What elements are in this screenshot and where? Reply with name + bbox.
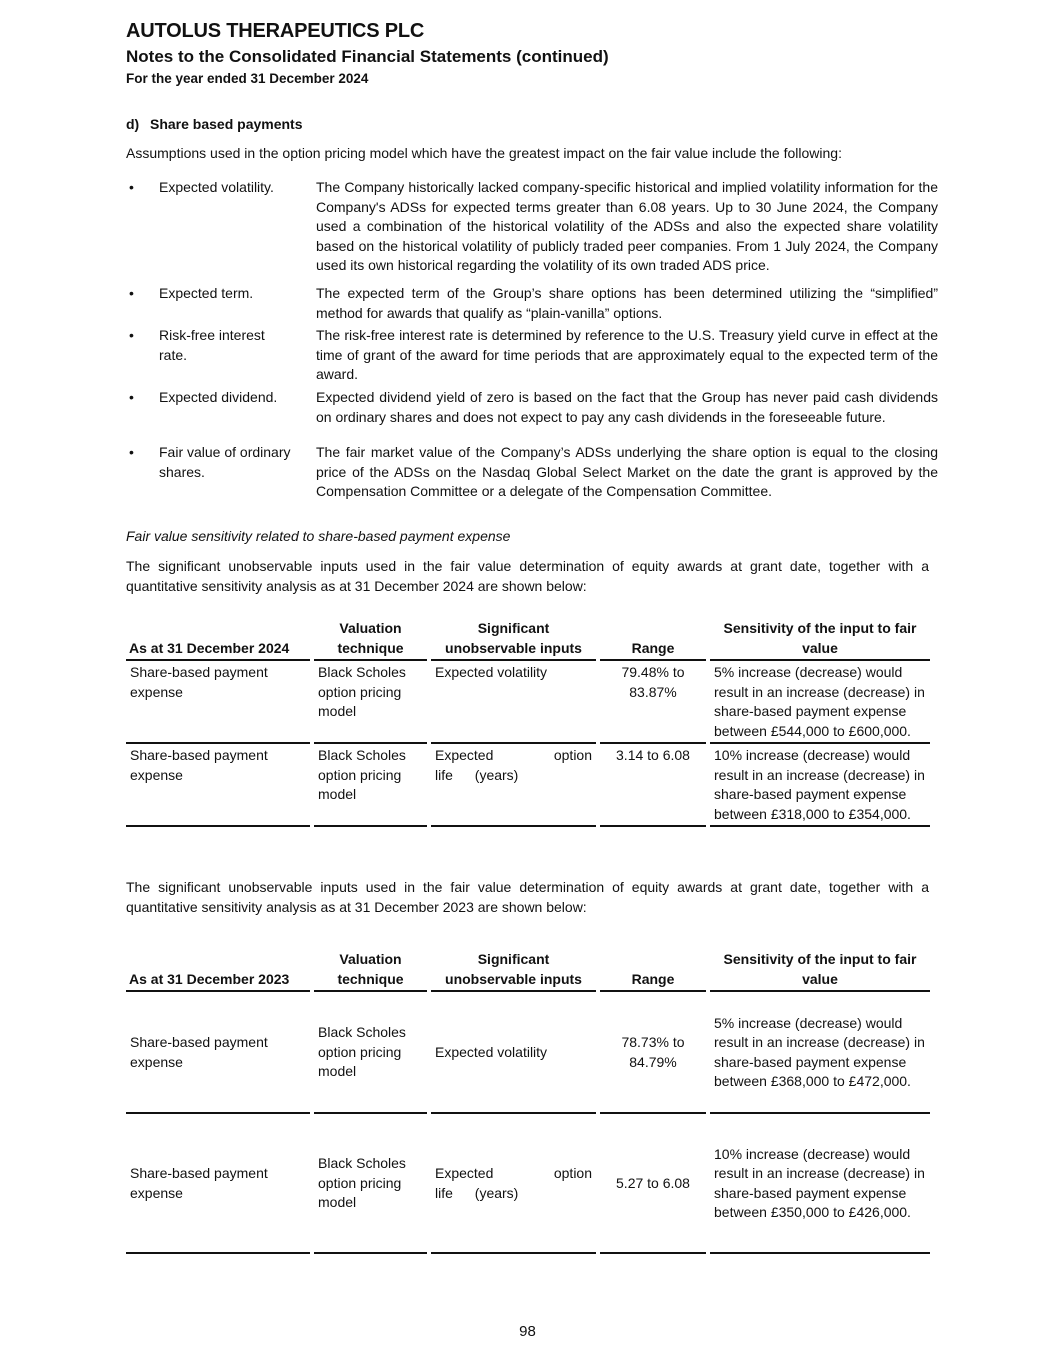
sensitivity-table-2023: As at 31 December 2023 Valuation techniq… (126, 950, 930, 1254)
page-number: 98 (0, 1323, 1055, 1340)
bullet-icon: • (129, 443, 134, 463)
assumption-item: • Fair value of ordinary shares. The fai… (126, 443, 938, 502)
section-heading: d)Share based payments (126, 116, 303, 132)
table-cell: Expected option life (years) (431, 1114, 596, 1254)
table-cell: Share-based payment expense (126, 661, 310, 744)
sensitivity-paragraph-2023: The significant unobservable inputs used… (126, 878, 929, 917)
assumption-item: • Expected term. The expected term of th… (126, 284, 938, 323)
column-header: Sensitivity of the input to fair value (710, 950, 930, 992)
table-cell: Expected volatility (431, 661, 596, 744)
table-cell: 3.14 to 6.08 (600, 744, 706, 827)
table-cell: 5.27 to 6.08 (600, 1114, 706, 1254)
column-header: Range (600, 619, 706, 661)
section-intro: Assumptions used in the option pricing m… (126, 145, 842, 161)
assumption-text: Expected dividend yield of zero is based… (316, 388, 938, 427)
table-cell: 78.73% to 84.79% (600, 992, 706, 1114)
assumption-item: • Expected dividend. Expected dividend y… (126, 388, 938, 427)
table-cell: Black Scholes option pricing model (314, 1114, 427, 1254)
section-number: d) (126, 116, 150, 132)
table-cell: Black Scholes option pricing model (314, 661, 427, 744)
table-row: Share-based payment expense Black Schole… (126, 661, 930, 744)
assumption-text: The risk-free interest rate is determine… (316, 326, 938, 385)
table-cell: Share-based payment expense (126, 992, 310, 1114)
table-cell: 10% increase (decrease) would result in … (710, 1114, 930, 1254)
assumption-text: The Company historically lacked company-… (316, 178, 938, 276)
column-header: Range (600, 950, 706, 992)
table-row: Share-based payment expense Black Schole… (126, 1114, 930, 1254)
table-cell: Black Scholes option pricing model (314, 992, 427, 1114)
table-header-row: As at 31 December 2024 Valuation techniq… (126, 619, 930, 661)
table-cell: 10% increase (decrease) would result in … (710, 744, 930, 827)
assumption-item: • Risk-free interest rate. The risk-free… (126, 326, 938, 385)
assumption-label: Expected dividend. (159, 388, 309, 408)
sensitivity-heading: Fair value sensitivity related to share-… (126, 528, 510, 544)
assumption-label: Expected volatility. (159, 178, 309, 198)
company-name: AUTOLUS THERAPEUTICS PLC (126, 20, 424, 43)
assumption-label: Fair value of ordinary shares. (159, 443, 309, 482)
column-header: Significant unobservable inputs (431, 619, 596, 661)
table-cell: Expected option life (years) (431, 744, 596, 827)
assumption-text: The fair market value of the Company’s A… (316, 443, 938, 502)
column-header: As at 31 December 2024 (126, 619, 310, 661)
bullet-icon: • (129, 388, 134, 408)
bullet-icon: • (129, 284, 134, 304)
table-cell: 79.48% to 83.87% (600, 661, 706, 744)
bullet-icon: • (129, 178, 134, 198)
bullet-icon: • (129, 326, 134, 346)
column-header: As at 31 December 2023 (126, 950, 310, 992)
period-subtitle: For the year ended 31 December 2024 (126, 71, 368, 86)
assumption-label: Risk-free interest rate. (159, 326, 289, 365)
table-cell: Expected volatility (431, 992, 596, 1114)
table-cell: Black Scholes option pricing model (314, 744, 427, 827)
table-header-row: As at 31 December 2023 Valuation techniq… (126, 950, 930, 992)
section-title: Share based payments (150, 116, 303, 132)
assumption-text: The expected term of the Group’s share o… (316, 284, 938, 323)
column-header: Sensitivity of the input to fair value (710, 619, 930, 661)
sensitivity-paragraph-2024: The significant unobservable inputs used… (126, 557, 929, 596)
table-cell: Share-based payment expense (126, 1114, 310, 1254)
table-row: Share-based payment expense Black Schole… (126, 744, 930, 827)
column-header: Valuation technique (314, 950, 427, 992)
table-cell: 5% increase (decrease) would result in a… (710, 992, 930, 1114)
sensitivity-table-2024: As at 31 December 2024 Valuation techniq… (126, 619, 930, 827)
assumption-item: • Expected volatility. The Company histo… (126, 178, 938, 276)
table-row: Share-based payment expense Black Schole… (126, 992, 930, 1114)
assumption-label: Expected term. (159, 284, 309, 304)
column-header: Significant unobservable inputs (431, 950, 596, 992)
table-cell: 5% increase (decrease) would result in a… (710, 661, 930, 744)
column-header: Valuation technique (314, 619, 427, 661)
table-cell: Share-based payment expense (126, 744, 310, 827)
notes-title: Notes to the Consolidated Financial Stat… (126, 47, 609, 67)
